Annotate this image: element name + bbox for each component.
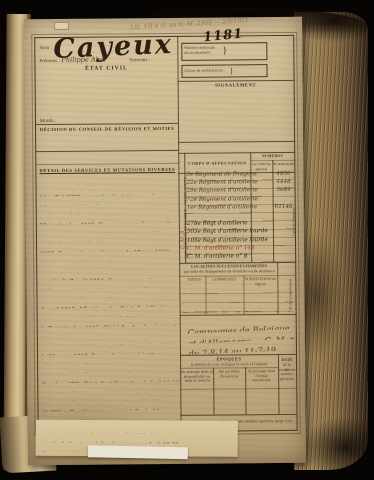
corps-table-title: CORPS D'AFFECTATION <box>184 160 250 166</box>
register-sheet: Lib. VII e cl. au R. M. 2908 — 2/9/1921 … <box>24 17 306 465</box>
localites-title2: par suite de changements de domicile ou … <box>181 269 277 274</box>
handwriting-line: Marques particulières : néant <box>182 133 292 140</box>
prenoms-label: Prénoms : <box>39 59 60 64</box>
handwriting-line: 20 mai 1934 : Neuilly-Plaisance, 7 r. de… <box>182 302 294 312</box>
signalement-lines: Cheveux : châtains Yeux : bleusFront : d… <box>182 89 292 140</box>
brace: } <box>229 66 233 75</box>
epoques-col1: du passage dans la disponibilité ou dans… <box>181 370 213 384</box>
localites-col-dates: DATES <box>183 278 205 283</box>
numeros-col1-header: au contrôle spécial <box>250 162 272 171</box>
red-stamp: C. M. 8 <box>180 231 186 249</box>
handwriting-line: Classé dans la 1 re partie de la liste e… <box>42 141 176 150</box>
epoques-col2: des périodes d'exercices <box>214 369 244 378</box>
paper-slip <box>88 445 188 459</box>
matricule-form: Nom : Cayeux Prénoms : Philippe Abel Sur… <box>34 35 297 433</box>
matricule-number-box: Numéro matricule du recrutement : } <box>181 42 267 61</box>
epoques-right4: service militaire <box>278 372 296 381</box>
brace: } <box>222 45 227 56</box>
handwriting-line: département de la Somme. — Marié le 4 ma… <box>40 112 176 120</box>
decision-lines: Inscrit sous le n° 56 de la liste du can… <box>42 133 176 150</box>
localites-rows: Château de Belleville, par Coulon-les-Vi… <box>181 284 293 313</box>
nom-label: Nom : <box>39 46 52 51</box>
etat-civil-lines: Né le 2 Avril 1881 à Abbeville, cantond’… <box>40 73 176 120</box>
classe-mobilisation-box: Classe de mobilisation : } <box>181 64 267 78</box>
epoques-col3: du passage dans l'armée territoriale <box>246 369 277 383</box>
campagnes-handwriting: Campagnes de Belgiqueet d'Allemagne — C.… <box>187 318 294 354</box>
scanned-register-photo: Lib. VII e cl. au R. M. 2908 — 2/9/1921 … <box>0 0 374 480</box>
signalement-title: SIGNALEMENT <box>178 82 294 88</box>
localites-col-communes: COMMUNES <box>205 277 243 282</box>
surnoms-label: Surnoms : <box>129 58 150 63</box>
etat-civil-title: ÉTAT CIVIL <box>35 65 177 72</box>
services-title: DÉTAIL DES SERVICES ET MUTATIONS DIVERSE… <box>36 167 178 173</box>
archive-tab <box>54 22 69 30</box>
annuaire-side-note: Carte de l'annuaire <box>292 207 296 236</box>
instruction-line: Degré d’instruction générale : 3 <box>182 144 292 151</box>
corps-rows: 3e Régiment de Dragons495622e Régiment d… <box>184 172 295 263</box>
services-handwriting: Incorporé au 3e Régt de Dragons à compte… <box>39 176 181 422</box>
decision-title: DÉCISION DU CONSEIL DE RÉVISION ET MOTIF… <box>36 126 178 132</box>
classe-label: Classe de mobilisation : <box>182 65 266 73</box>
handwriting-line: Degré d’instruction générale : 3 <box>182 144 292 151</box>
numeros-header: NUMÉROS <box>250 154 294 159</box>
prenoms-handwritten: Philippe Abel <box>61 57 106 64</box>
numeros-col2-header: de matricule <box>272 162 294 167</box>
